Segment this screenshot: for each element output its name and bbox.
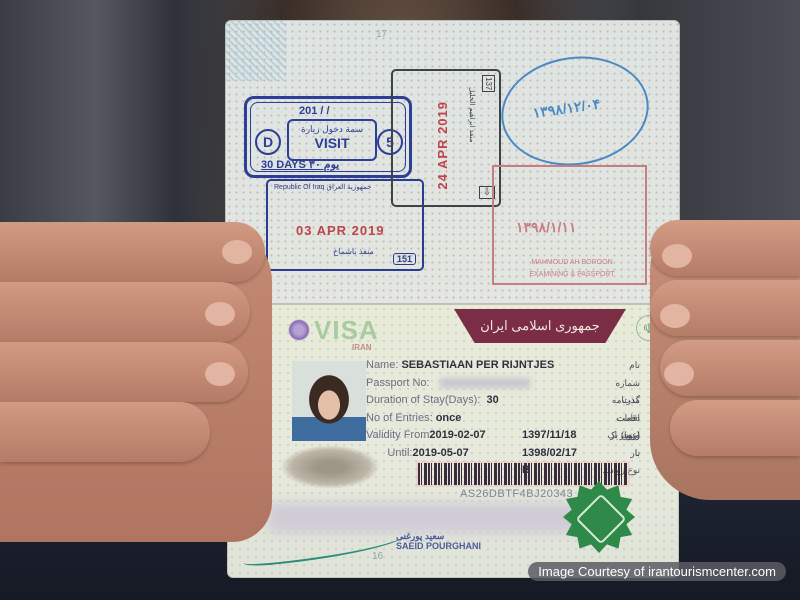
oval-entry-stamp: ۱۳۹۸/۱۲/۰۴ — [494, 47, 656, 175]
farsi-labels: نام شماره گذرنامه مدت اقامت (روز) دفعات … — [600, 357, 640, 480]
left-hand — [0, 222, 272, 542]
oval-stamp-date: ۱۳۹۸/۱۲/۰۴ — [532, 96, 602, 122]
red-stamp-line2: EXAMINING & PASSPORT — [502, 271, 642, 278]
visa-code: AS26DBTF4BJ20343 — [460, 488, 573, 500]
green-seal-icon — [563, 481, 635, 553]
exit-stamp: 24 APR 2019 منفذ ابراهيم الخليل 137 ⇩ — [391, 69, 501, 207]
iraq-visit-visa-stamp: 201 / / D سمة دخول زيارة VISIT 5 30 DAYS… — [244, 96, 412, 178]
country-banner: جمهوری اسلامی ایران — [454, 309, 626, 343]
visit-arabic-label: سمة دخول زيارة — [289, 124, 375, 135]
field-entries: No of Entries: once — [366, 410, 626, 428]
visit-duration: 30 DAYS يوم ٣٠ — [261, 158, 339, 171]
field-until: Until:2019-05-071398/02/17 — [366, 445, 626, 463]
entry-date: 03 APR 2019 — [296, 223, 385, 238]
field-name: Name: SEBASTIAAN PER RIJNTJES — [366, 357, 626, 375]
guilloche-pattern — [226, 21, 286, 81]
badge-d: D — [255, 129, 281, 155]
banner-text: جمهوری اسلامی ایران — [454, 309, 626, 343]
visit-label-box: سمة دخول زيارة VISIT — [287, 119, 377, 161]
exit-stamp-number: 137 — [482, 75, 495, 92]
page-number: 17 — [376, 29, 387, 40]
stamp-year-line: 201 / / — [299, 105, 330, 117]
officer-stamp: سعید پورغنی SAEID POURGHANI — [396, 531, 481, 551]
field-passport-no: Passport No: — [366, 375, 626, 393]
rosette-icon — [288, 319, 310, 341]
red-stamp-line1: MAHMOUD AH BOROON — [502, 259, 642, 266]
image-credit: Image Courtesy of irantourismcenter.com — [528, 562, 786, 581]
visa-header: VISA IRAN جمهوری اسلامی ایران ☫ — [236, 309, 672, 345]
field-validity-from: Validity From2019-02-071397/11/18 — [366, 427, 626, 445]
iran-visa-page: VISA IRAN جمهوری اسلامی ایران ☫ Name: SE… — [227, 304, 679, 578]
red-exit-stamp: ۱۳۹۸/۱/۱۱ MAHMOUD AH BOROON EXAMINING & … — [492, 165, 647, 285]
passport: 17 201 / / D سمة دخول زيارة VISIT 5 30 D… — [225, 20, 680, 578]
exit-stamp-text: منفذ ابراهيم الخليل — [467, 87, 475, 187]
visit-label: VISIT — [289, 135, 375, 151]
redacted-mrz — [268, 503, 598, 533]
redacted-passport-number — [440, 378, 530, 388]
passport-page-stamps: 17 201 / / D سمة دخول زيارة VISIT 5 30 D… — [225, 20, 680, 304]
visa-title: VISA — [314, 315, 379, 346]
exit-date: 24 APR 2019 — [435, 101, 450, 190]
holder-photo — [292, 361, 366, 441]
visa-country: IRAN — [352, 343, 372, 352]
visa-fields: Name: SEBASTIAAN PER RIJNTJES Passport N… — [366, 357, 626, 480]
visa-page-number: 16 — [372, 551, 383, 562]
entry-port: منفذ باشماخ — [333, 247, 374, 256]
ghost-image — [280, 445, 380, 489]
right-hand — [650, 220, 800, 500]
field-duration: Duration of Stay(Days): 30 — [366, 392, 626, 410]
red-stamp-date: ۱۳۹۸/۱/۱۱ — [516, 219, 576, 236]
barcode — [418, 463, 628, 485]
entry-stamp-number: 151 — [393, 253, 416, 265]
